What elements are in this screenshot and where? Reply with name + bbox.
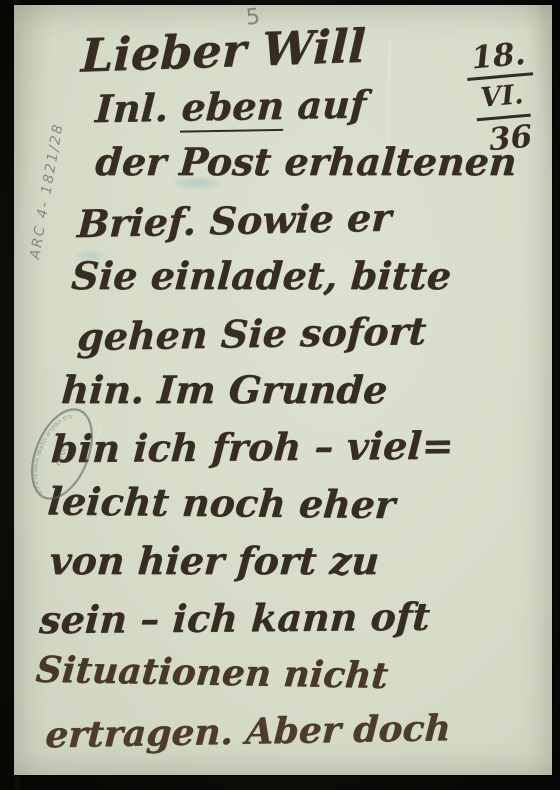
line2-underlined-word: eben — [180, 83, 285, 133]
letter-page: 5 18. VI. 36 Lieber Will Inl. eben auf d… — [14, 5, 552, 775]
handwritten-line: Situationen nicht — [33, 642, 533, 708]
handwritten-line: leicht noch eher — [45, 472, 545, 534]
handwritten-line: Brief. Sowie er — [76, 185, 560, 252]
handwritten-text: Lieber Will Inl. eben auf der Post erhal… — [0, 5, 560, 760]
handwritten-line: ertragen. Aber doch — [44, 699, 530, 764]
handwritten-line: von hier fort zu — [48, 532, 542, 589]
handwritten-line: gehen Sie sofort — [76, 300, 558, 365]
handwritten-line: sein – ich kann oft — [38, 587, 538, 648]
handwritten-line: hin. Im Grunde — [60, 361, 554, 418]
handwritten-line: bin ich froh – viel= — [50, 416, 550, 477]
handwritten-line: Sie einladet, bitte — [69, 247, 560, 304]
line2-prefix: Inl. — [94, 85, 183, 131]
handwritten-line: der Post erhaltenen — [93, 133, 560, 190]
stamp-center-text: ירושלים — [53, 441, 71, 467]
handwritten-line: Inl. eben auf — [94, 72, 560, 137]
line2-suffix: auf — [283, 81, 367, 127]
